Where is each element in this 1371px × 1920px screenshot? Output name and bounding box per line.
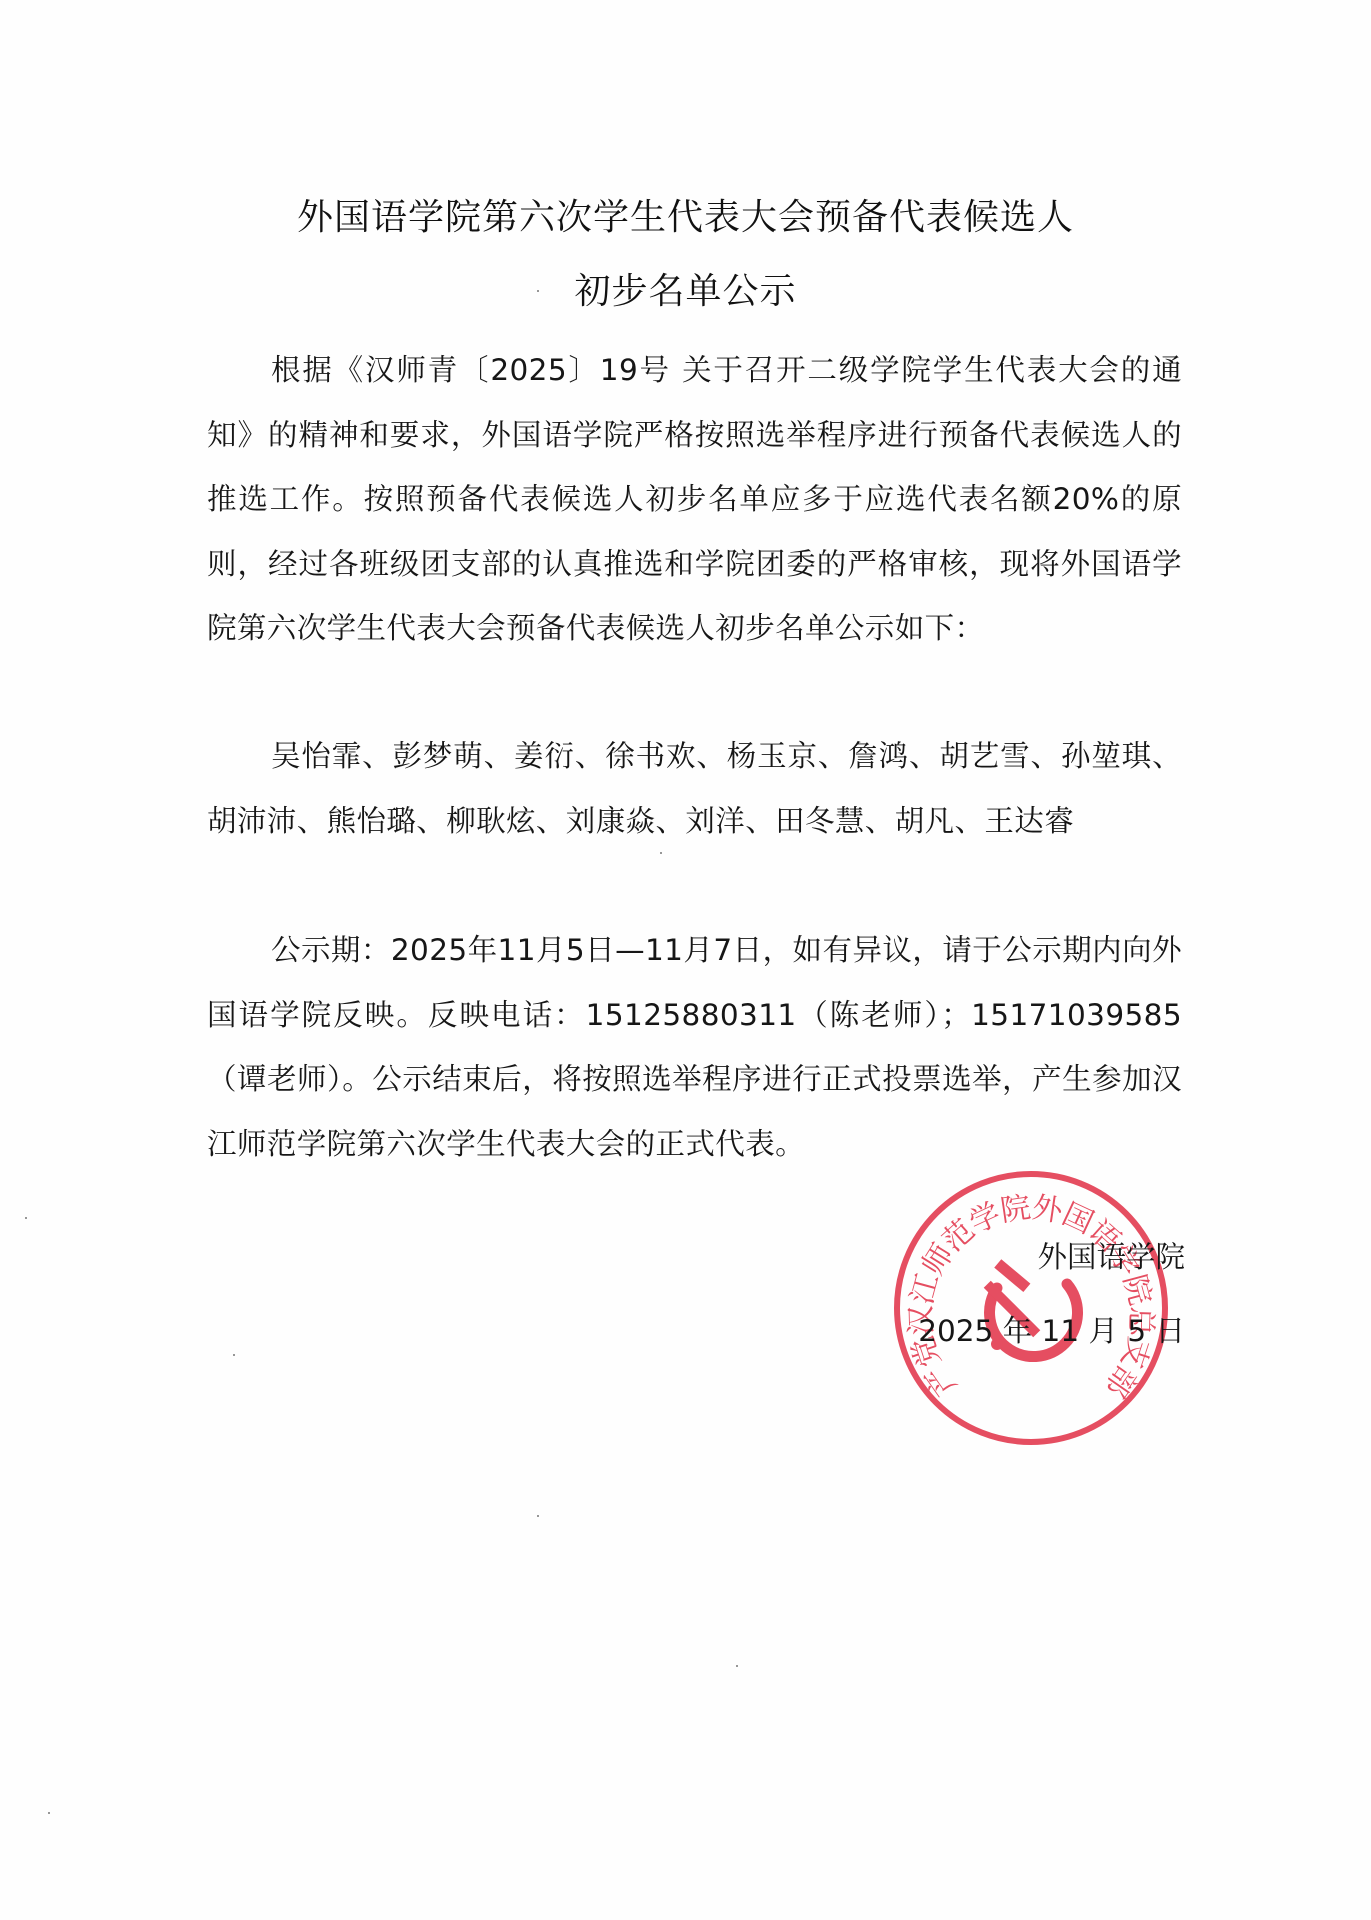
intro-paragraph-block: 根据《汉师青〔2025〕19号 关于召开二级学院学生代表大会的通知》的精神和要求… — [207, 338, 1182, 661]
publicity-paragraph: 公示期：2025年11月5日—11月7日，如有异议，请于公示期内向外国语学院反映… — [207, 918, 1182, 1176]
candidate-list: 吴怡霏、彭梦萌、姜衍、徐书欢、杨玉京、詹鸿、胡艺雪、孙堃琪、胡沛沛、熊怡璐、柳耿… — [207, 724, 1182, 853]
scan-speck — [25, 1217, 27, 1219]
official-seal-icon: 中国共产党汉江师范学院外国语学院总支部委员会 — [889, 1166, 1173, 1450]
publicity-paragraph-block: 公示期：2025年11月5日—11月7日，如有异议，请于公示期内向外国语学院反映… — [207, 918, 1182, 1176]
candidate-list-block: 吴怡霏、彭梦萌、姜衍、徐书欢、杨玉京、詹鸿、胡艺雪、孙堃琪、胡沛沛、熊怡璐、柳耿… — [207, 724, 1182, 853]
scan-speck — [48, 1812, 50, 1814]
document-title-line1: 外国语学院第六次学生代表大会预备代表候选人 — [0, 200, 1371, 236]
scan-speck — [233, 1354, 235, 1356]
scan-speck — [736, 1665, 738, 1667]
signature-org: 外国语学院 — [1037, 1243, 1185, 1273]
document-title-line2: 初步名单公示 — [0, 274, 1371, 310]
document-page: 外国语学院第六次学生代表大会预备代表候选人 初步名单公示 根据《汉师青〔2025… — [0, 0, 1371, 1920]
scan-speck — [660, 852, 662, 854]
scan-speck — [537, 290, 539, 292]
signature-date: 2025 年 11 月 5 日 — [918, 1317, 1185, 1347]
scan-speck — [537, 1515, 539, 1517]
intro-paragraph: 根据《汉师青〔2025〕19号 关于召开二级学院学生代表大会的通知》的精神和要求… — [207, 338, 1182, 661]
